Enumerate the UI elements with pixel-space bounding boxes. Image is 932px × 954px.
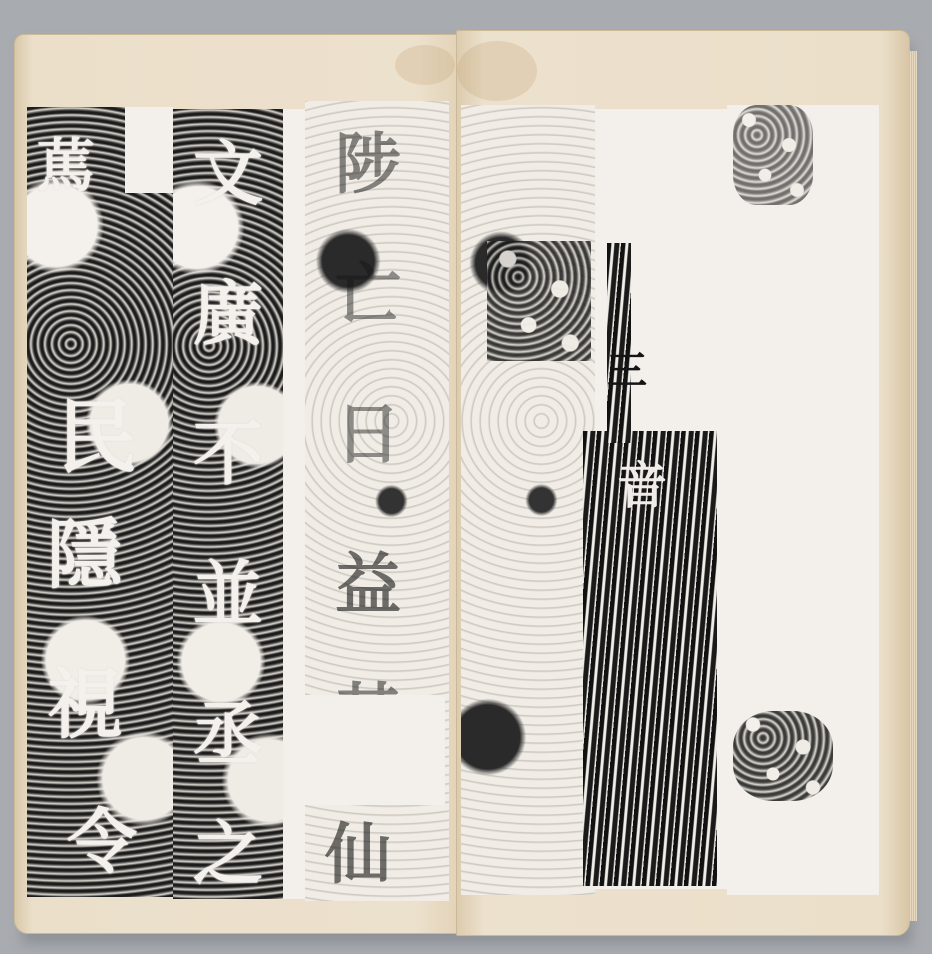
rubbing-strip-left-2: 文 廣 不 並 丞 之: [173, 109, 293, 899]
inscription-glyph: 視: [47, 667, 123, 743]
rubbing-strip-left-1: 䔍 𤁲 民 隱 視 令: [27, 107, 173, 897]
water-stain: [457, 41, 537, 101]
ink-patch: [733, 711, 833, 801]
paper-gap: [283, 109, 305, 899]
ink-patch: [487, 241, 591, 361]
inscription-glyph: 文: [193, 139, 263, 209]
ink-patch: [733, 105, 813, 205]
inscription-glyph: 日: [335, 401, 401, 467]
inscription-glyph: 民: [57, 397, 137, 477]
inscription-glyph: 並: [193, 559, 263, 629]
rubbing-strip-right-1: [461, 105, 595, 895]
inscription-glyph: 三: [607, 351, 647, 391]
water-stain: [395, 45, 455, 85]
inscription-glyph: 令: [67, 807, 137, 877]
inscription-glyph: 丞: [193, 699, 263, 769]
inscription-glyph: 音: [617, 461, 667, 511]
inscription-glyph: 廣: [193, 279, 263, 349]
inscription-glyph: 亡: [335, 261, 401, 327]
inscription-glyph: 之: [193, 819, 263, 889]
inscription-glyph: 不: [193, 419, 263, 489]
paper-patch: [305, 695, 445, 805]
inscription-glyph: 隱: [47, 517, 123, 593]
paper-patch: [125, 107, 173, 193]
left-page: 䔍 𤁲 民 隱 視 令 文 廣 不 並 丞 之 陟 亡 日 益 其 仙: [14, 34, 462, 934]
inscription-glyph: 䔍: [37, 137, 95, 195]
page-edges: [909, 51, 917, 921]
right-page: 三 音: [456, 30, 910, 936]
inscription-glyph: 益: [335, 551, 401, 617]
inscription-glyph: 仙: [325, 821, 391, 887]
brush-ink-stroke: [607, 243, 631, 443]
inscription-glyph: 陟: [335, 131, 401, 197]
